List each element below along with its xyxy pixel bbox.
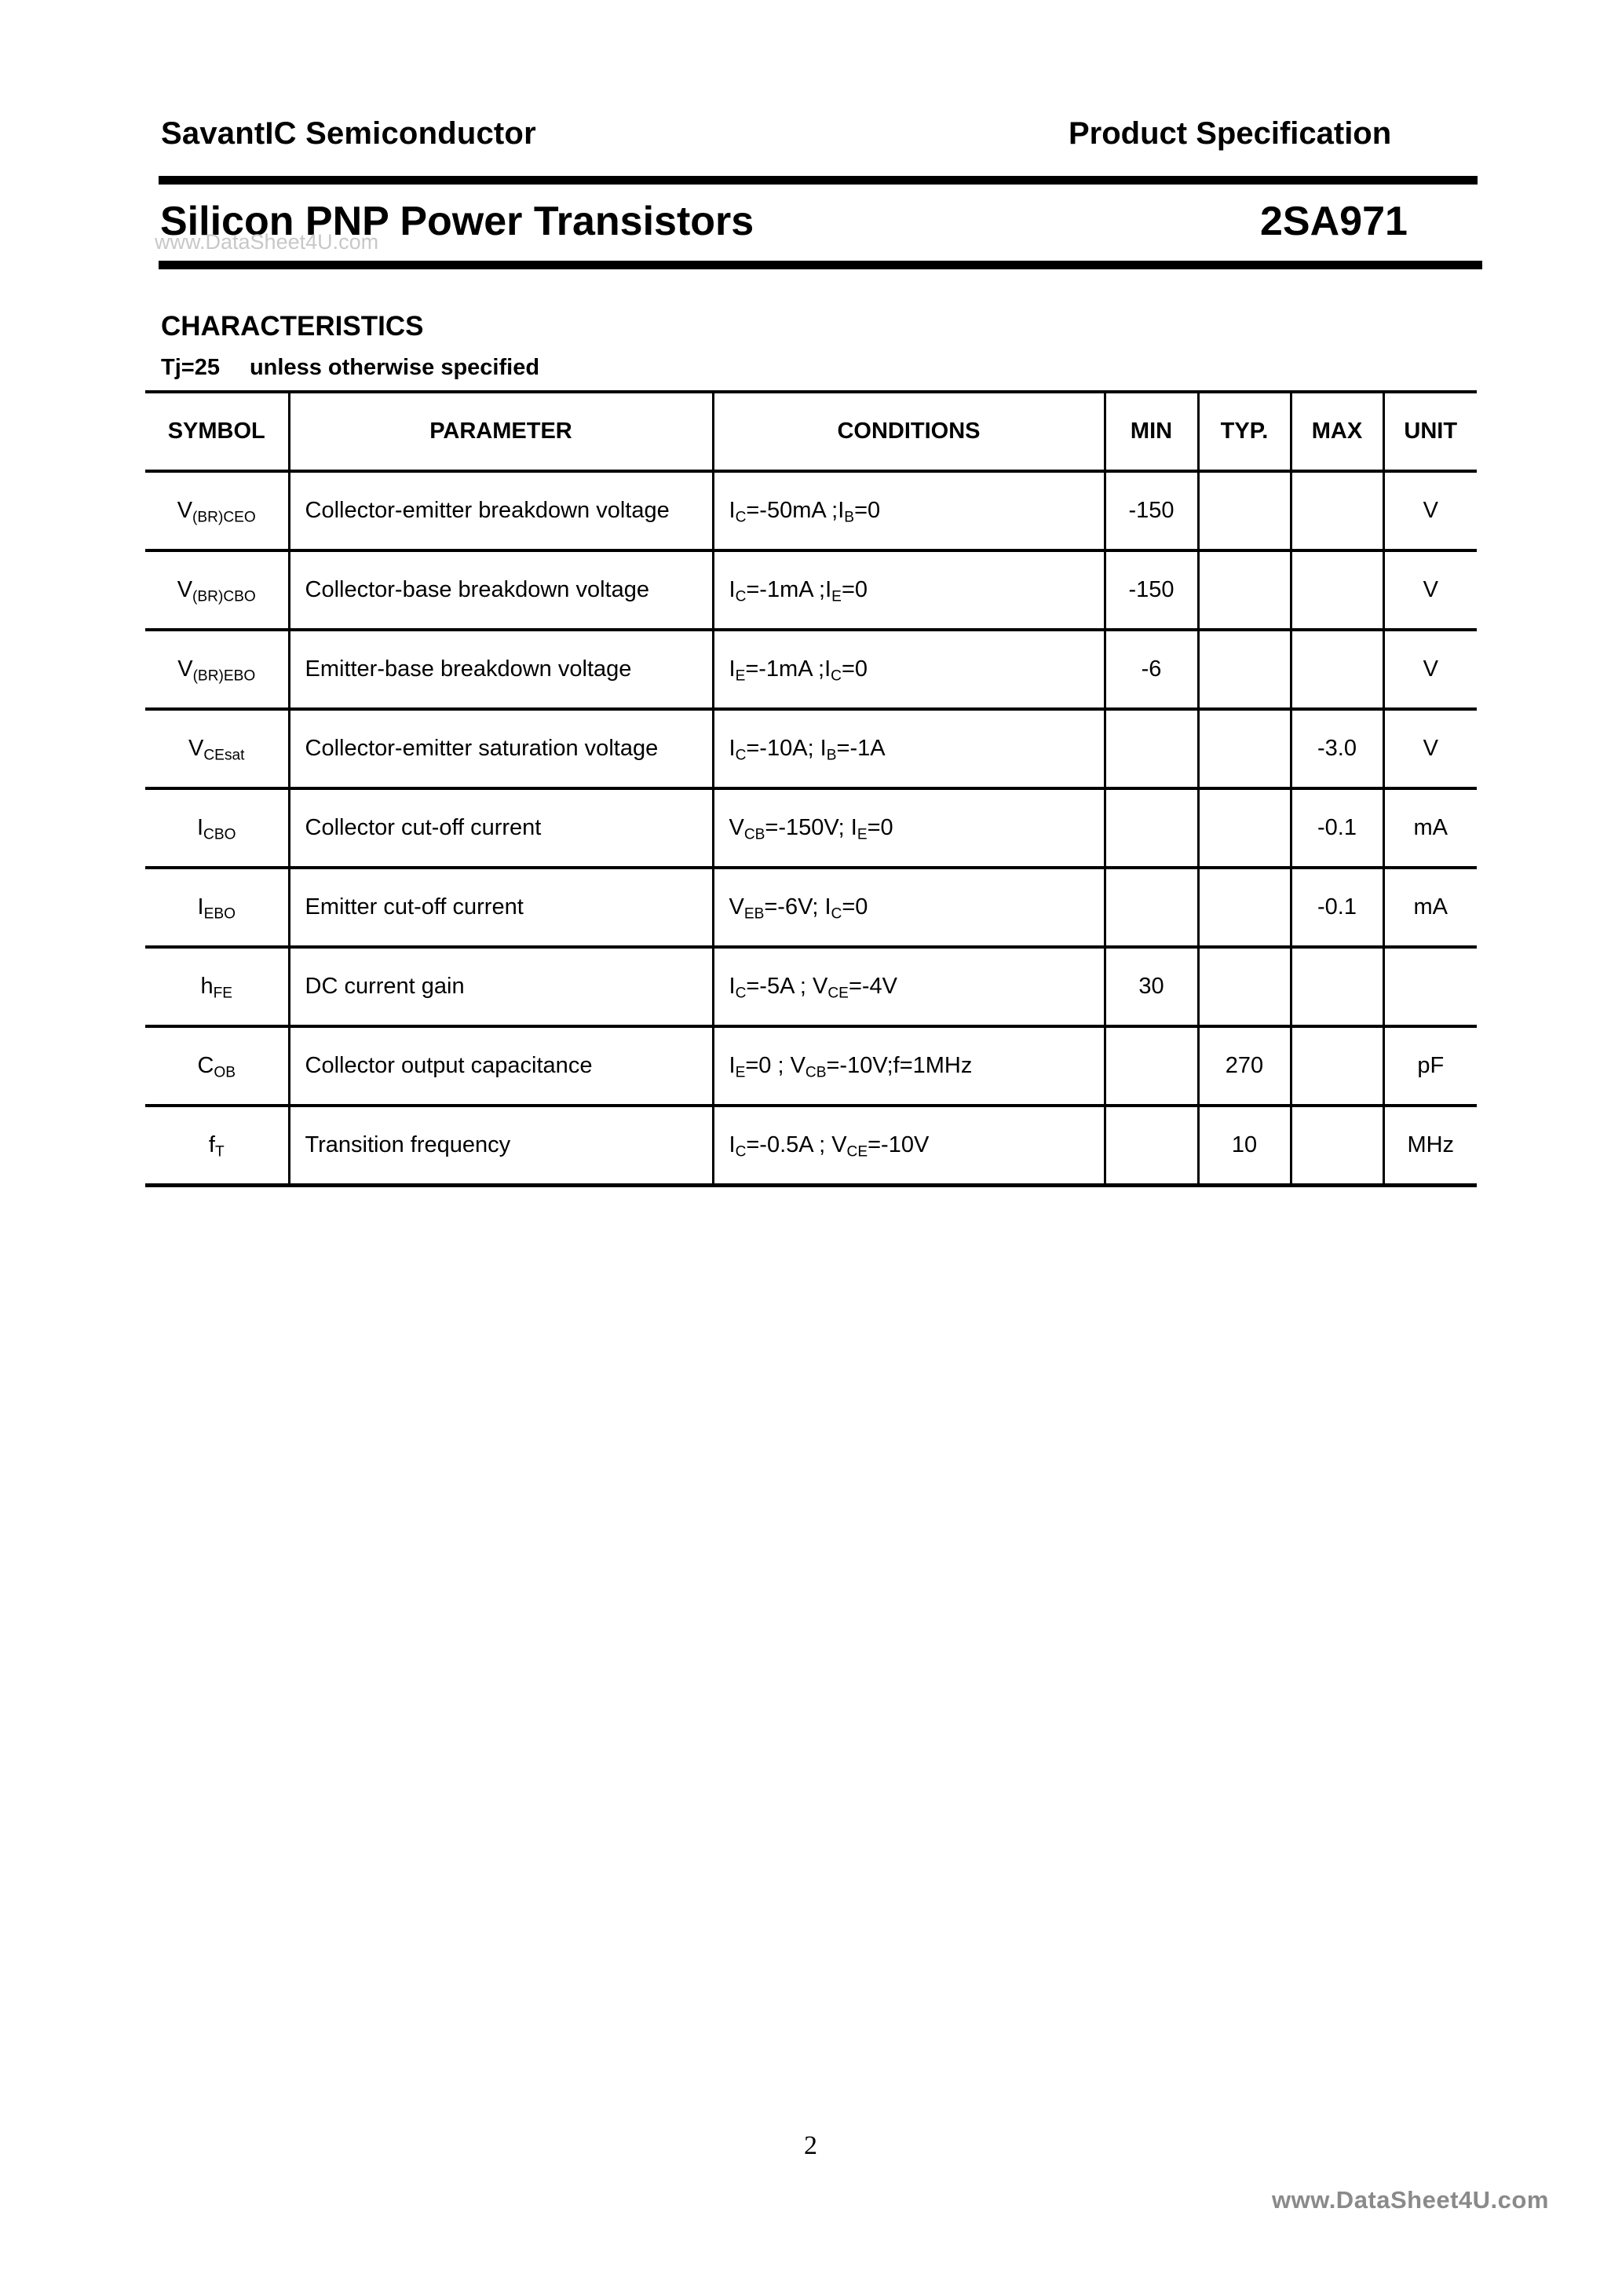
cell-min	[1105, 1026, 1198, 1106]
table-row: ICBOCollector cut-off currentVCB=-150V; …	[145, 788, 1477, 868]
cell-symbol: IEBO	[145, 868, 289, 947]
cell-max	[1291, 1026, 1383, 1106]
condition-text: =-5A ; V	[746, 974, 827, 999]
condition-note-text: unless otherwise specified	[250, 355, 539, 380]
condition-text: =0 ; V	[745, 1053, 806, 1078]
cell-parameter: Emitter cut-off current	[289, 868, 713, 947]
cell-typ: 10	[1198, 1106, 1291, 1185]
symbol-subscript: (BR)CEO	[192, 509, 256, 525]
cell-max: -0.1	[1291, 788, 1383, 868]
cell-conditions: IC=-50mA ;IB=0	[713, 471, 1105, 550]
condition-text: =0	[842, 656, 868, 682]
cell-symbol: V(BR)CEO	[145, 471, 289, 550]
condition-text: I	[729, 656, 736, 682]
symbol-subscript: EBO	[204, 905, 236, 922]
cell-max	[1291, 550, 1383, 630]
cell-symbol: V(BR)EBO	[145, 630, 289, 709]
cell-parameter: Collector-emitter saturation voltage	[289, 709, 713, 788]
cell-parameter: Emitter-base breakdown voltage	[289, 630, 713, 709]
cell-max	[1291, 1106, 1383, 1185]
cell-min	[1105, 868, 1198, 947]
cell-unit	[1383, 947, 1477, 1026]
table-row: COBCollector output capacitanceIE=0 ; VC…	[145, 1026, 1477, 1106]
condition-text: I	[729, 1132, 736, 1157]
cell-symbol: COB	[145, 1026, 289, 1106]
cell-conditions: IC=-1mA ;IE=0	[713, 550, 1105, 630]
temperature-condition: Tj=25	[161, 355, 220, 380]
table-header-row: SYMBOL PARAMETER CONDITIONS MIN TYP. MAX…	[145, 392, 1477, 471]
symbol-main: I	[197, 815, 203, 840]
condition-subscript: C	[736, 1143, 747, 1160]
cell-max	[1291, 471, 1383, 550]
cell-symbol: V(BR)CBO	[145, 550, 289, 630]
cell-symbol: hFE	[145, 947, 289, 1026]
test-condition-note: Tj=25unless otherwise specified	[161, 355, 539, 381]
cell-typ	[1198, 868, 1291, 947]
cell-conditions: VEB=-6V; IC=0	[713, 868, 1105, 947]
condition-text: =-50mA ;I	[746, 498, 844, 523]
table-row: V(BR)CBOCollector-base breakdown voltage…	[145, 550, 1477, 630]
cell-min: -150	[1105, 550, 1198, 630]
condition-subscript: EB	[744, 905, 765, 922]
column-header-typ: TYP.	[1198, 392, 1291, 471]
column-header-parameter: PARAMETER	[289, 392, 713, 471]
condition-subscript: C	[831, 905, 842, 922]
condition-subscript: C	[736, 509, 747, 525]
table-row: hFEDC current gainIC=-5A ; VCE=-4V30	[145, 947, 1477, 1026]
watermark-footer: www.DataSheet4U.com	[1272, 2186, 1549, 2214]
condition-subscript: E	[736, 667, 746, 684]
watermark-top: www.DataSheet4U.com	[155, 230, 378, 254]
cell-typ	[1198, 788, 1291, 868]
cell-unit: MHz	[1383, 1106, 1477, 1185]
cell-typ	[1198, 550, 1291, 630]
table-row: IEBOEmitter cut-off currentVEB=-6V; IC=0…	[145, 868, 1477, 947]
cell-min: -150	[1105, 471, 1198, 550]
condition-text: =-4V	[849, 974, 897, 999]
condition-text: =-1A	[837, 736, 886, 761]
cell-min	[1105, 709, 1198, 788]
condition-text: I	[729, 498, 736, 523]
cell-parameter: Collector output capacitance	[289, 1026, 713, 1106]
page-number: 2	[804, 2131, 817, 2161]
symbol-main: f	[209, 1132, 215, 1157]
cell-symbol: ICBO	[145, 788, 289, 868]
characteristics-table: SYMBOL PARAMETER CONDITIONS MIN TYP. MAX…	[145, 390, 1477, 1187]
cell-parameter: Collector-emitter breakdown voltage	[289, 471, 713, 550]
cell-conditions: IE=-1mA ;IC=0	[713, 630, 1105, 709]
condition-text: =-10V;f=1MHz	[826, 1053, 972, 1078]
cell-parameter: DC current gain	[289, 947, 713, 1026]
condition-text: I	[729, 736, 736, 761]
cell-typ	[1198, 947, 1291, 1026]
part-number: 2SA971	[1260, 198, 1408, 245]
cell-typ	[1198, 630, 1291, 709]
document-type: Product Specification	[1069, 116, 1391, 152]
header-rule-bottom	[159, 261, 1482, 269]
cell-parameter: Collector-base breakdown voltage	[289, 550, 713, 630]
condition-text: =-1mA ;I	[746, 577, 831, 602]
cell-symbol: fT	[145, 1106, 289, 1185]
header-rule-top	[159, 176, 1478, 185]
cell-max: -0.1	[1291, 868, 1383, 947]
symbol-subscript: OB	[214, 1064, 236, 1080]
symbol-main: V	[177, 498, 192, 523]
symbol-main: I	[198, 894, 204, 919]
table-row: fTTransition frequencyIC=-0.5A ; VCE=-10…	[145, 1106, 1477, 1185]
table-row: VCEsatCollector-emitter saturation volta…	[145, 709, 1477, 788]
cell-conditions: IC=-5A ; VCE=-4V	[713, 947, 1105, 1026]
condition-subscript: C	[736, 747, 747, 763]
symbol-main: V	[188, 736, 203, 761]
condition-text: V	[729, 815, 744, 840]
cell-max	[1291, 947, 1383, 1026]
symbol-subscript: CEsat	[203, 747, 244, 763]
cell-unit: V	[1383, 471, 1477, 550]
cell-unit: mA	[1383, 868, 1477, 947]
condition-subscript: C	[736, 588, 747, 605]
condition-text: =-10V	[868, 1132, 929, 1157]
cell-unit: mA	[1383, 788, 1477, 868]
symbol-subscript: CBO	[203, 826, 236, 843]
symbol-subscript: T	[215, 1143, 225, 1160]
condition-text: =0	[842, 894, 868, 919]
cell-min	[1105, 788, 1198, 868]
symbol-subscript: (BR)CBO	[192, 588, 256, 605]
cell-typ	[1198, 709, 1291, 788]
condition-subscript: B	[827, 747, 837, 763]
condition-subscript: E	[736, 1064, 746, 1080]
cell-max: -3.0	[1291, 709, 1383, 788]
cell-conditions: IE=0 ; VCB=-10V;f=1MHz	[713, 1026, 1105, 1106]
section-title: CHARACTERISTICS	[161, 311, 423, 342]
cell-typ	[1198, 471, 1291, 550]
condition-text: V	[729, 894, 744, 919]
cell-conditions: VCB=-150V; IE=0	[713, 788, 1105, 868]
symbol-subscript: (BR)EBO	[193, 667, 256, 684]
cell-unit: V	[1383, 630, 1477, 709]
condition-text: =0	[868, 815, 893, 840]
company-name: SavantIC Semiconductor	[161, 116, 536, 152]
condition-text: I	[729, 1053, 736, 1078]
condition-subscript: CE	[827, 985, 849, 1001]
condition-text: I	[729, 577, 736, 602]
condition-subscript: C	[831, 667, 842, 684]
symbol-main: C	[197, 1053, 214, 1078]
condition-subscript: E	[831, 588, 842, 605]
condition-subscript: E	[857, 826, 868, 843]
cell-unit: pF	[1383, 1026, 1477, 1106]
cell-conditions: IC=-0.5A ; VCE=-10V	[713, 1106, 1105, 1185]
condition-subscript: CB	[806, 1064, 827, 1080]
condition-text: =-6V; I	[764, 894, 831, 919]
cell-unit: V	[1383, 709, 1477, 788]
cell-min: 30	[1105, 947, 1198, 1026]
condition-subscript: CE	[847, 1143, 868, 1160]
condition-text: I	[729, 974, 736, 999]
condition-text: =0	[854, 498, 880, 523]
condition-text: =-0.5A ; V	[746, 1132, 846, 1157]
condition-subscript: CB	[744, 826, 765, 843]
condition-text: =-150V; I	[765, 815, 857, 840]
cell-min	[1105, 1106, 1198, 1185]
cell-parameter: Transition frequency	[289, 1106, 713, 1185]
column-header-unit: UNIT	[1383, 392, 1477, 471]
symbol-main: h	[200, 974, 213, 999]
cell-unit: V	[1383, 550, 1477, 630]
column-header-min: MIN	[1105, 392, 1198, 471]
column-header-max: MAX	[1291, 392, 1383, 471]
condition-subscript: C	[736, 985, 747, 1001]
cell-max	[1291, 630, 1383, 709]
cell-parameter: Collector cut-off current	[289, 788, 713, 868]
table-row: V(BR)EBOEmitter-base breakdown voltageIE…	[145, 630, 1477, 709]
table-row: V(BR)CEOCollector-emitter breakdown volt…	[145, 471, 1477, 550]
symbol-subscript: FE	[214, 985, 232, 1001]
symbol-main: V	[177, 656, 192, 682]
condition-text: =-1mA ;I	[745, 656, 831, 682]
cell-typ: 270	[1198, 1026, 1291, 1106]
cell-min: -6	[1105, 630, 1198, 709]
column-header-symbol: SYMBOL	[145, 392, 289, 471]
condition-text: =0	[842, 577, 868, 602]
column-header-conditions: CONDITIONS	[713, 392, 1105, 471]
condition-subscript: B	[844, 509, 854, 525]
cell-symbol: VCEsat	[145, 709, 289, 788]
condition-text: =-10A; I	[746, 736, 826, 761]
symbol-main: V	[177, 577, 192, 602]
cell-conditions: IC=-10A; IB=-1A	[713, 709, 1105, 788]
